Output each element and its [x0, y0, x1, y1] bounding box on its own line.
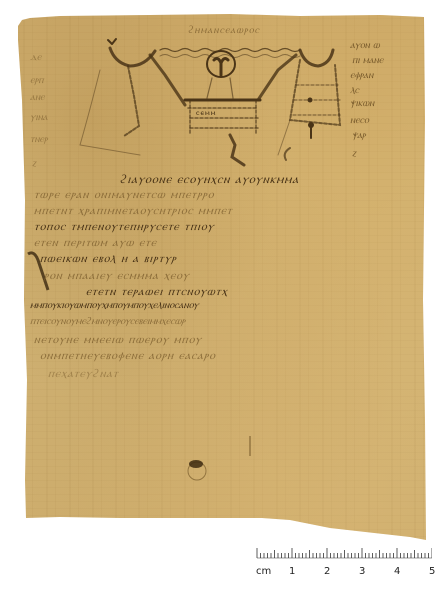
text-line: ⲡⲱⲉⲓⲕⲱⲛ ⲉⲃⲟⲗ ⲏ ⲁ ⲃⲓⲣⲧⲩⲣ: [39, 251, 177, 266]
text-line: ⲛⲉⲧⲟⲩⲏⲉ ⲙⲙⲉⲉⲓⲱ ⲡⲱⲉⲣⲟⲩ ⲙⲡⲟⲩ: [33, 332, 203, 347]
scale-unit-label: cm: [256, 566, 271, 577]
scale-label-1: 1: [289, 566, 295, 577]
scale-label-5: 5: [429, 566, 435, 577]
text-line: ⲡⲉⲭⲁⲧⲉⲩϩⲛⲁⲧ: [47, 366, 119, 381]
text-line: ⲡⲧⲉⲓⲥⲟⲩⲛⲟⲩⲙⲉϩⲙⲛⲟⲩⲉⲣⲟⲩⲥⲉⲃⲉⲓⲙⲙⲭⲉⲥⲱⲣ: [29, 316, 185, 327]
central-body-label: ⲥⲉⲙⲙ: [196, 108, 216, 118]
text-line: ⲉⲧⲉⲧⲛ ⲧⲉⲣⲁⲱⲉⲓ ⲡⲧⲥⲛⲟⲩⲱⲧⲭ: [85, 284, 228, 299]
text-line: ⲉⲧⲉⲛ ⲡⲉⲣⲓⲧⲱⲙ ⲁⲩⲱ ⲉⲧⲉ: [33, 235, 158, 250]
text-line: ⲙⲡⲉⲧⲛⲧ ⲭⲣⲁⲡⲓⲙⲛⲉⲧⲁⲟⲩⲥⲏⲧⲣⲓⲟⲥ ⲙⲙⲡⲉⲧ: [33, 203, 233, 218]
text-line: ⲣⲟⲛ ⲙⲡⲁⲁⲓⲉⲩ ⲉⲥⲙⲙⲙⲁ ⲭⲉⲟⲩ: [43, 268, 190, 283]
top-caption: ϩⲏⲙⲁⲛⲥⲉⲁⲱⲣⲟⲥ: [188, 25, 260, 36]
scale-label-3: 3: [359, 566, 365, 577]
scale-label-4: 4: [394, 566, 400, 577]
text-line: ⲧⲟⲡⲟⲥ ⲧⲙⲡⲉⲛⲟⲩⲧⲉⲡⲏⲣⲩⲥⲉⲧⲉ ⲧⲡⲓⲟⲩ: [33, 219, 215, 234]
text-line: ϩⲓⲁⲩⲟⲟⲛⲉ ⲉⲥⲟⲩⲏⲭⲥⲛ ⲁⲩⲟⲩⲛⲕⲙⲙⲁ: [119, 172, 300, 187]
bottom-seal-drawing: [188, 436, 250, 480]
text-line: ⲧⲱⲣⲉ ⲉⲣⲁⲛ ⲟⲛⲓⲙⲁⲩⲛⲉⲧⲥⲱ ⲙⲡⲉⲧⲣⲣⲟ: [33, 187, 215, 202]
scale-label-2: 2: [324, 566, 330, 577]
text-line: ⲟⲛⲙⲡⲉⲧⲏⲉⲩⲉⲃⲟⲫⲉⲛⲉ ⲁⲟⲣⲏ ⲉⲁⲥⲁⲣⲟ: [39, 348, 216, 363]
scale-bar: cm 1 2 3 4 5: [256, 548, 434, 588]
text-line: ⲙⲙⲡⲟⲩⲕⲓⲟⲩⲱⲙⲡⲟⲩⲭⲙⲡⲟⲩⲙⲡⲟⲩⲭⲉⲗⲓⲛⲟⲥⲁⲛⲟⲩ: [29, 300, 199, 311]
scale-ticks: [256, 548, 432, 560]
